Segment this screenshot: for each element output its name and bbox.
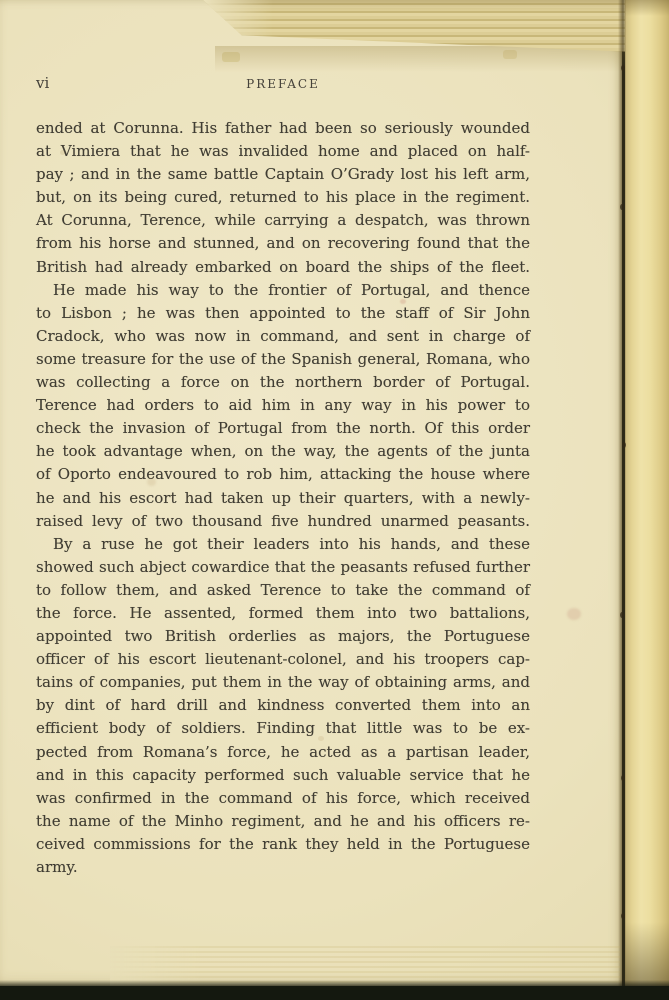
text-line: raised levy of two thousand five hundred… [36, 510, 530, 533]
page-folio: vi [36, 74, 49, 92]
text-line: ended at Corunna. His father had been so… [36, 117, 530, 140]
text-line: ceived commissions for the rank they hel… [36, 833, 530, 856]
book-page: vi PREFACE ended at Corunna. His father … [0, 0, 622, 988]
paragraph: ended at Corunna. His father had been so… [36, 117, 530, 279]
text-line: pected from Romana’s force, he acted as … [36, 741, 530, 764]
text-line: by dint of hard drill and kindness conve… [36, 694, 530, 717]
text-line: he took advantage when, on the way, the … [36, 440, 530, 463]
paragraph: By a ruse he got their leaders into his … [36, 533, 530, 879]
book-fore-edge [625, 0, 669, 992]
page-gap-shadow [618, 0, 626, 992]
gap-speck [621, 65, 625, 71]
gap-speck [621, 775, 625, 781]
text-line: to Lisbon ; he was then appointed to the… [36, 302, 530, 325]
page-body: ended at Corunna. His father had been so… [36, 117, 530, 879]
text-line: tains of companies, put them in the way … [36, 671, 530, 694]
text-line: pay ; and in the same battle Captain O’G… [36, 163, 530, 186]
text-line: to follow them, and asked Terence to tak… [36, 579, 530, 602]
text-line: officer of his escort lieutenant-colonel… [36, 648, 530, 671]
text-line: Terence had orders to aid him in any way… [36, 394, 530, 417]
page-top-shadow [215, 46, 629, 72]
text-line: but, on its being cured, returned to his… [36, 186, 530, 209]
text-line: he and his escort had taken up their qua… [36, 487, 530, 510]
text-line: of Oporto endeavoured to rob him, attack… [36, 463, 530, 486]
text-line: the name of the Minho regiment, and he a… [36, 810, 530, 833]
text-line: check the invasion of Portugal from the … [36, 417, 530, 440]
text-line: was confirmed in the command of his forc… [36, 787, 530, 810]
paragraph: He made his way to the frontier of Portu… [36, 279, 530, 533]
text-line: showed such abject cowardice that the pe… [36, 556, 530, 579]
running-head: PREFACE [246, 77, 320, 91]
background-dark-band [0, 986, 669, 1000]
text-line: By a ruse he got their leaders into his … [36, 533, 530, 556]
text-line: was collecting a force on the northern b… [36, 371, 530, 394]
text-line: and in this capacity performed such valu… [36, 764, 530, 787]
page-header: vi PREFACE [36, 74, 530, 96]
text-line: appointed two British orderlies as major… [36, 625, 530, 648]
text-line: Cradock, who was now in command, and sen… [36, 325, 530, 348]
gap-speck [621, 913, 625, 919]
text-line: some treasure for the use of the Spanish… [36, 348, 530, 371]
text-line: the force. He assented, formed them into… [36, 602, 530, 625]
book-photo: vi PREFACE ended at Corunna. His father … [0, 0, 669, 1000]
text-line: At Corunna, Terence, while carrying a de… [36, 209, 530, 232]
gap-speck [622, 442, 626, 448]
text-line: from his horse and stunned, and on recov… [36, 232, 530, 255]
paper-speck [567, 608, 581, 620]
text-line: efficient body of soldiers. Finding that… [36, 717, 530, 740]
text-line: army. [36, 856, 530, 879]
text-line: He made his way to the frontier of Portu… [36, 279, 530, 302]
text-line: British had already embarked on board th… [36, 256, 530, 279]
text-line: at Vimiera that he was invalided home an… [36, 140, 530, 163]
gap-speck [620, 204, 624, 210]
gap-speck [620, 612, 624, 618]
